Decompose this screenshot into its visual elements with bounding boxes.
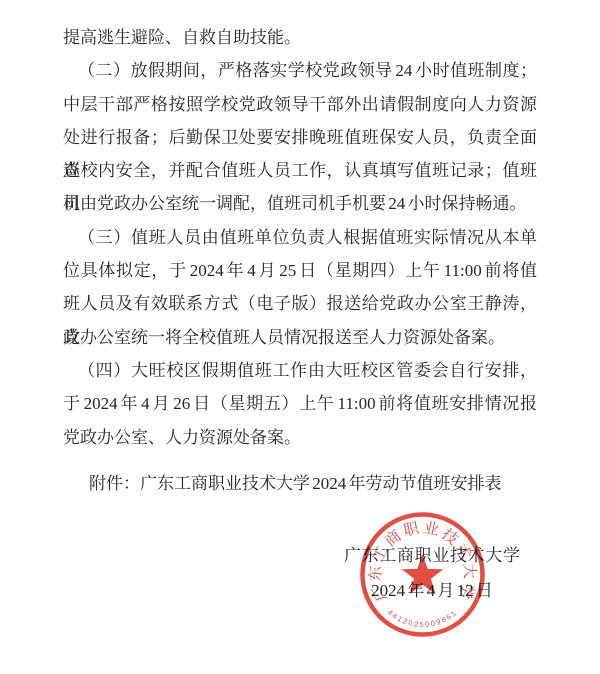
body-line: 提高逃生避险、自救自助技能。: [63, 21, 537, 54]
body-line: （二）放假期间，严格落实学校党政领导 24 小时值班制度；: [63, 54, 537, 87]
body-line: （四）大旺校区假期值班工作由大旺校区管委会自行安排，: [63, 354, 537, 387]
body-lines: 提高逃生避险、自救自助技能。（二）放假期间，严格落实学校党政领导 24 小时值班…: [63, 21, 537, 454]
seal-code-arc-text: 4412025009861: [386, 608, 459, 629]
document-page: 提高逃生避险、自救自助技能。（二）放假期间，严格落实学校党政领导 24 小时值班…: [0, 0, 600, 674]
attachment-line: 附件：广东工商职业技术大学 2024 年劳动节值班安排表: [63, 469, 537, 499]
body-line: 班人员及有效联系方式（电子版）报送给党政办公室王静涛，党: [63, 287, 537, 320]
body-line: 政办公室统一将全校值班人员情况报送至人力资源处备案。: [63, 321, 537, 354]
body-line: 处进行报备；后勤保卫处要安排晚班值班保安人员，负责全面巡: [63, 121, 537, 154]
official-seal-stamp: 广东工商职业技术大学 4412025009861: [357, 509, 488, 640]
star-icon: [402, 554, 444, 594]
body-line: 党政办公室、人力资源处备案。: [63, 421, 537, 454]
body-line: 于 2024 年 4 月 26 日（星期五）上午 11:00 前将值班安排情况报: [63, 387, 537, 420]
body-line: 位具体拟定，于 2024 年 4 月 25 日（星期四）上午 11:00 前将值: [63, 254, 537, 287]
body-line: 机由党政办公室统一调配，值班司机手机要 24 小时保持畅通。: [63, 187, 537, 220]
body-line: 中层干部严格按照学校党政领导干部外出请假制度向人力资源: [63, 88, 537, 121]
body-line: 查校内安全，并配合值班人员工作，认真填写值班记录；值班司: [63, 154, 537, 187]
body-line: （三）值班人员由值班单位负责人根据值班实际情况从本单: [63, 221, 537, 254]
